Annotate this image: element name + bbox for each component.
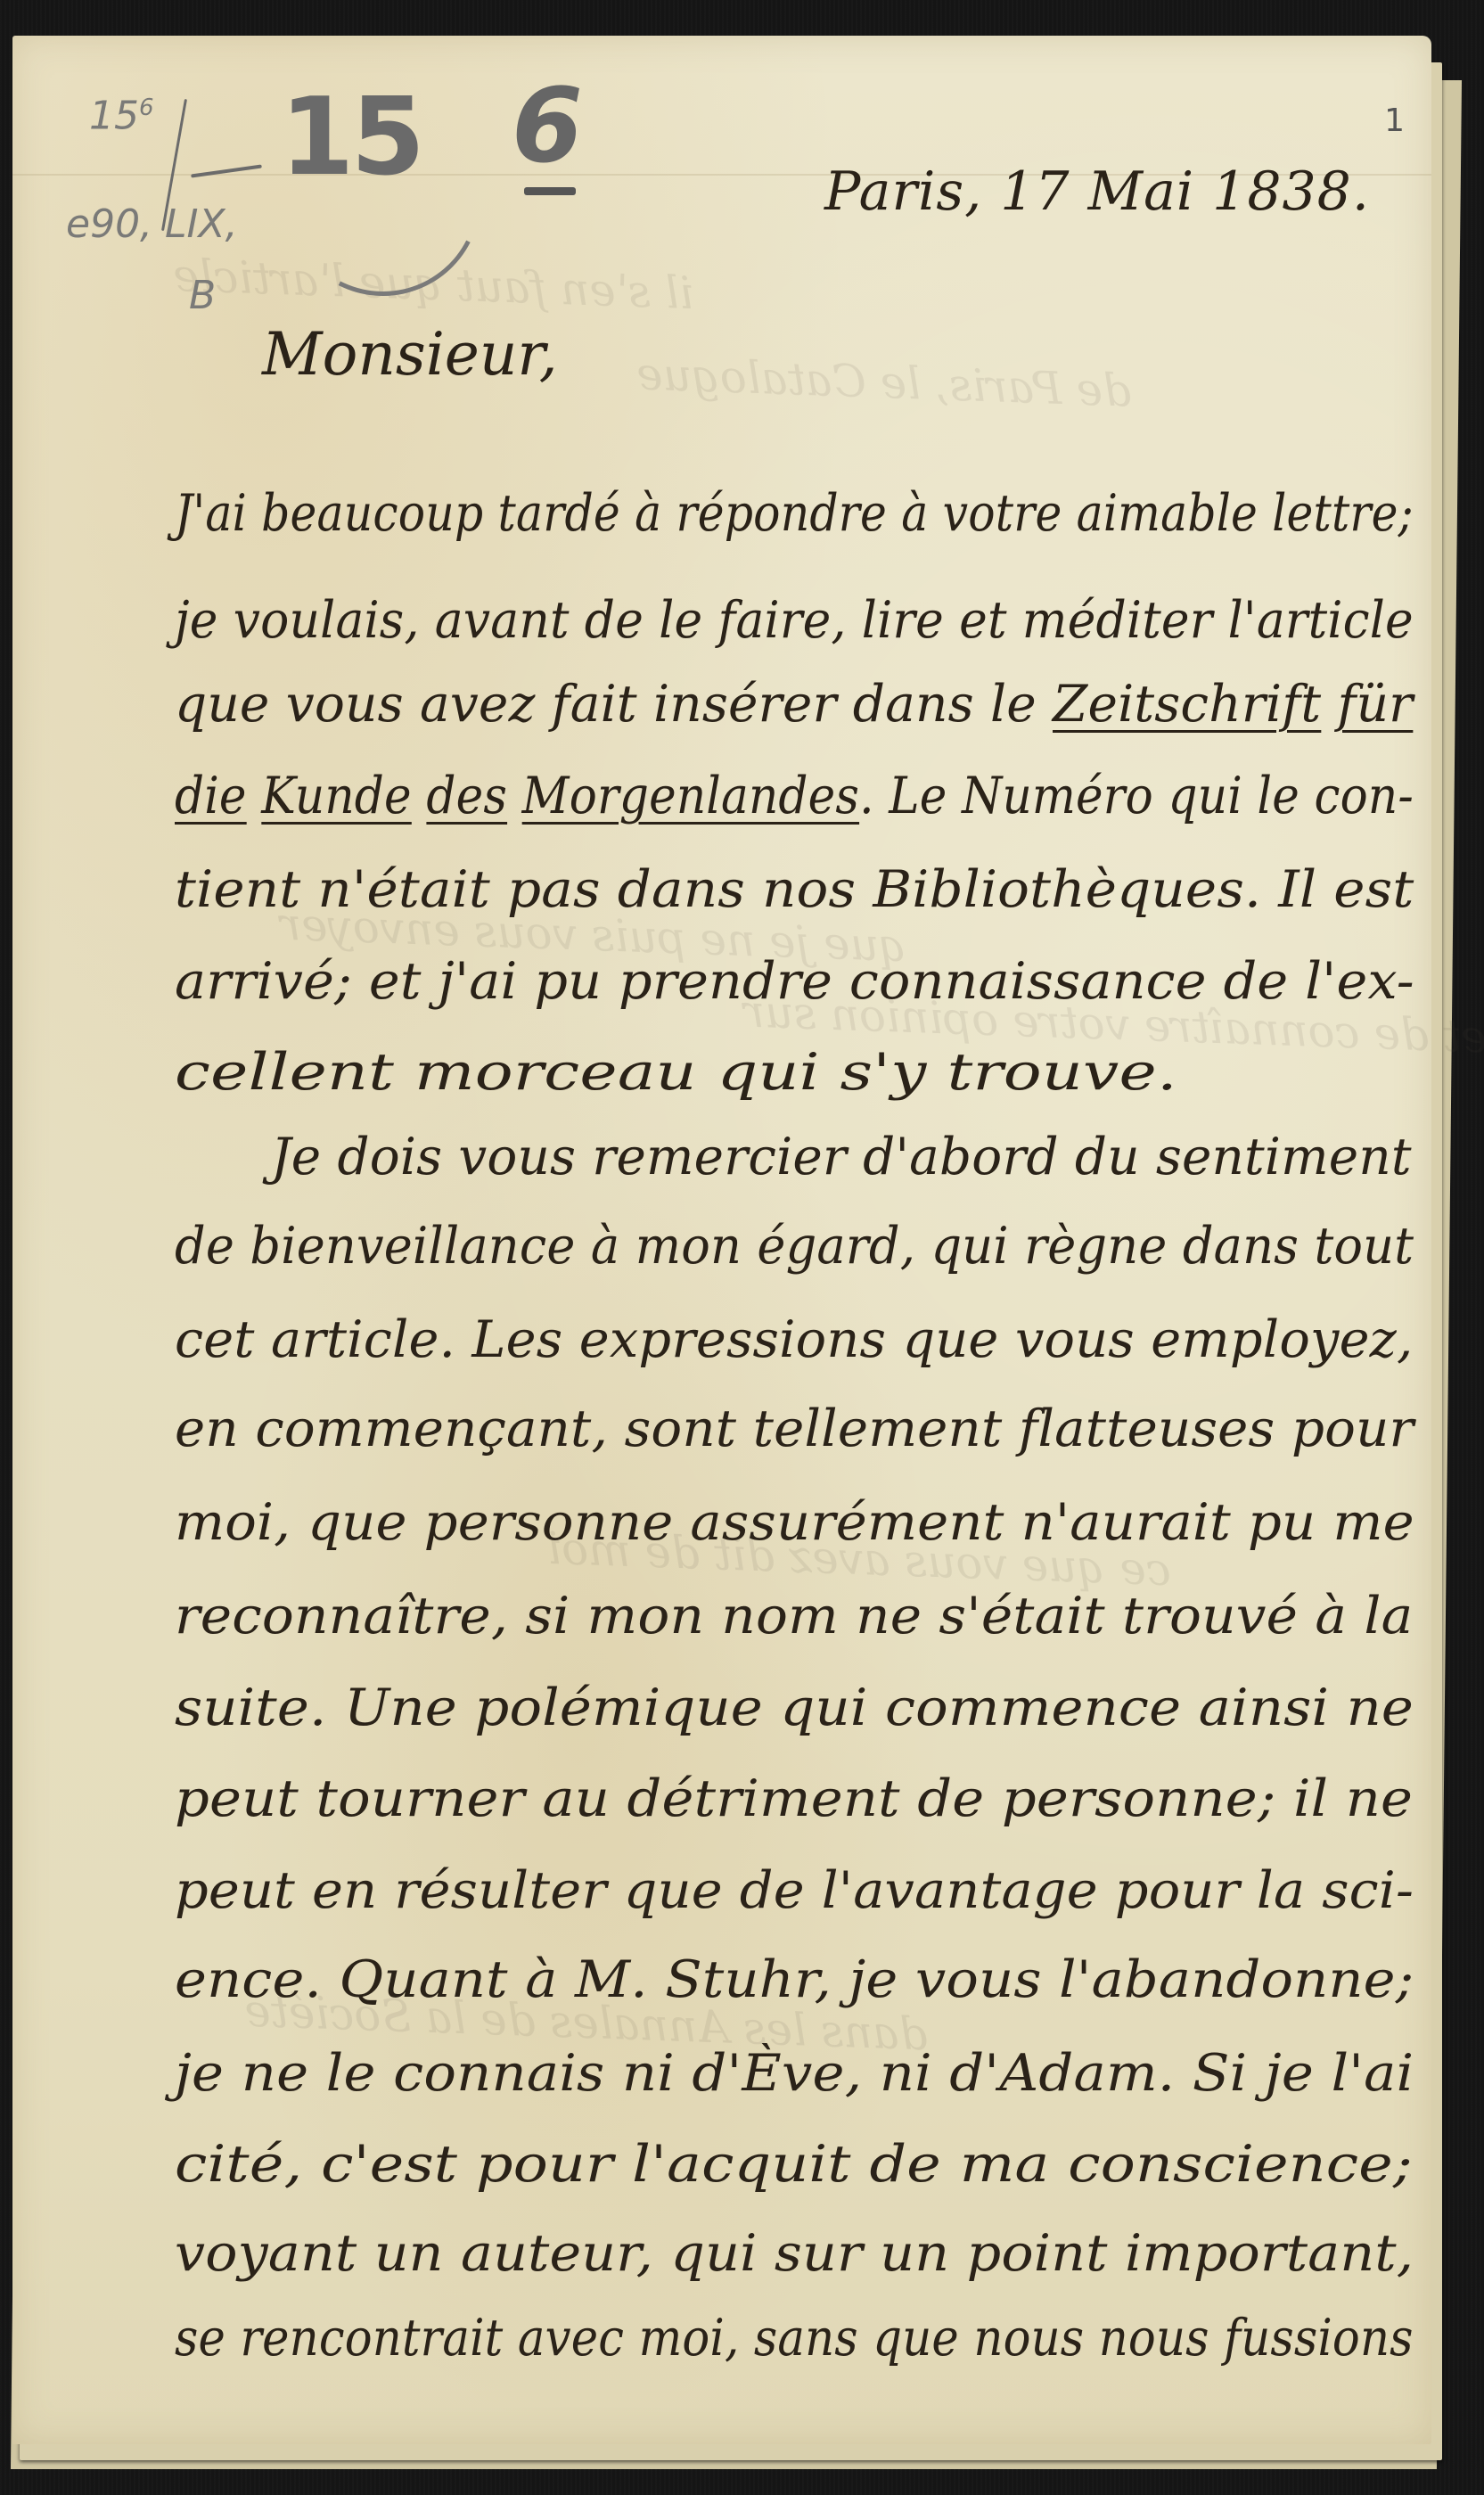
letter-line: cité, c'est pour l'acquit de ma conscien… [175, 2139, 1413, 2190]
salutation: Monsieur, [262, 325, 558, 384]
letter-line: cet article. Les expressions que vous em… [175, 1315, 1413, 1366]
underlined-title: Zeitschrift [1053, 675, 1321, 734]
pencil-shelfmark: e90, LIX, [66, 205, 238, 244]
letter-line: ence. Quant à M. Stuhr, je vous l'abando… [175, 1955, 1414, 2006]
letter-line: je voulais, avant de le faire, lire et m… [175, 595, 1414, 646]
pencil-underline [524, 187, 576, 195]
letter-line: tient n'était pas dans nos Bibliothèques… [175, 865, 1414, 915]
letter-line: se rencontrait avec moi, sans que nous n… [175, 2313, 1414, 2364]
letter-line: moi, que personne assurément n'aurait pu… [175, 1498, 1414, 1548]
letter-line: je ne le connais ni d'Ève, ni d'Adam. Si… [175, 2048, 1414, 2099]
letter-line: que vous avez fait insérer dans le Zeits… [175, 679, 1413, 730]
letter-line: en commençant, sont tellement flatteuses… [175, 1404, 1414, 1455]
folio-number: 1 [1384, 103, 1405, 139]
letter-line: reconnaître, si mon nom ne s'était trouv… [175, 1591, 1413, 1642]
letter-line: J'ai beaucoup tardé à répondre à votre a… [175, 488, 1414, 539]
bleed-through-text: de Paris, le Catalogue [635, 348, 1132, 416]
letter-line: die Kunde des Morgenlandes. Le Numéro qu… [175, 771, 1414, 822]
underlined-title: die [175, 767, 247, 825]
underlined-title: des [426, 767, 507, 825]
letter-page: il s'en faut que l'article de Paris, le … [12, 36, 1431, 2444]
pencil-small-number: 156 [89, 96, 154, 136]
letter-line: cellent morceau qui s'y trouve. [175, 1047, 1177, 1098]
underlined-title: Kunde [261, 767, 412, 825]
pencil-shelfmark-letter: B [189, 276, 216, 316]
letter-line: peut tourner au détriment de personne; i… [175, 1774, 1413, 1825]
letter-line: arrivé; et j'ai pu prendre connaissance … [175, 956, 1414, 1007]
dateline: Paris, 17 Mai 1838. [824, 165, 1370, 218]
underlined-title: für [1337, 675, 1413, 734]
letter-line: peut en résulter que de l'avantage pour … [175, 1866, 1414, 1916]
letter-line: de bienveillance à mon égard, qui règne … [175, 1221, 1414, 1272]
underlined-title: Morgenlandes [522, 767, 859, 825]
pencil-large-sub: 6 [512, 76, 583, 178]
pencil-dash [191, 164, 262, 177]
letter-line: suite. Une polémique qui commence ainsi … [175, 1683, 1414, 1734]
letter-line-paragraph-start: Je dois vous remercier d'abord du sentim… [271, 1132, 1412, 1183]
letter-line: voyant un auteur, qui sur un point impor… [175, 2228, 1414, 2279]
